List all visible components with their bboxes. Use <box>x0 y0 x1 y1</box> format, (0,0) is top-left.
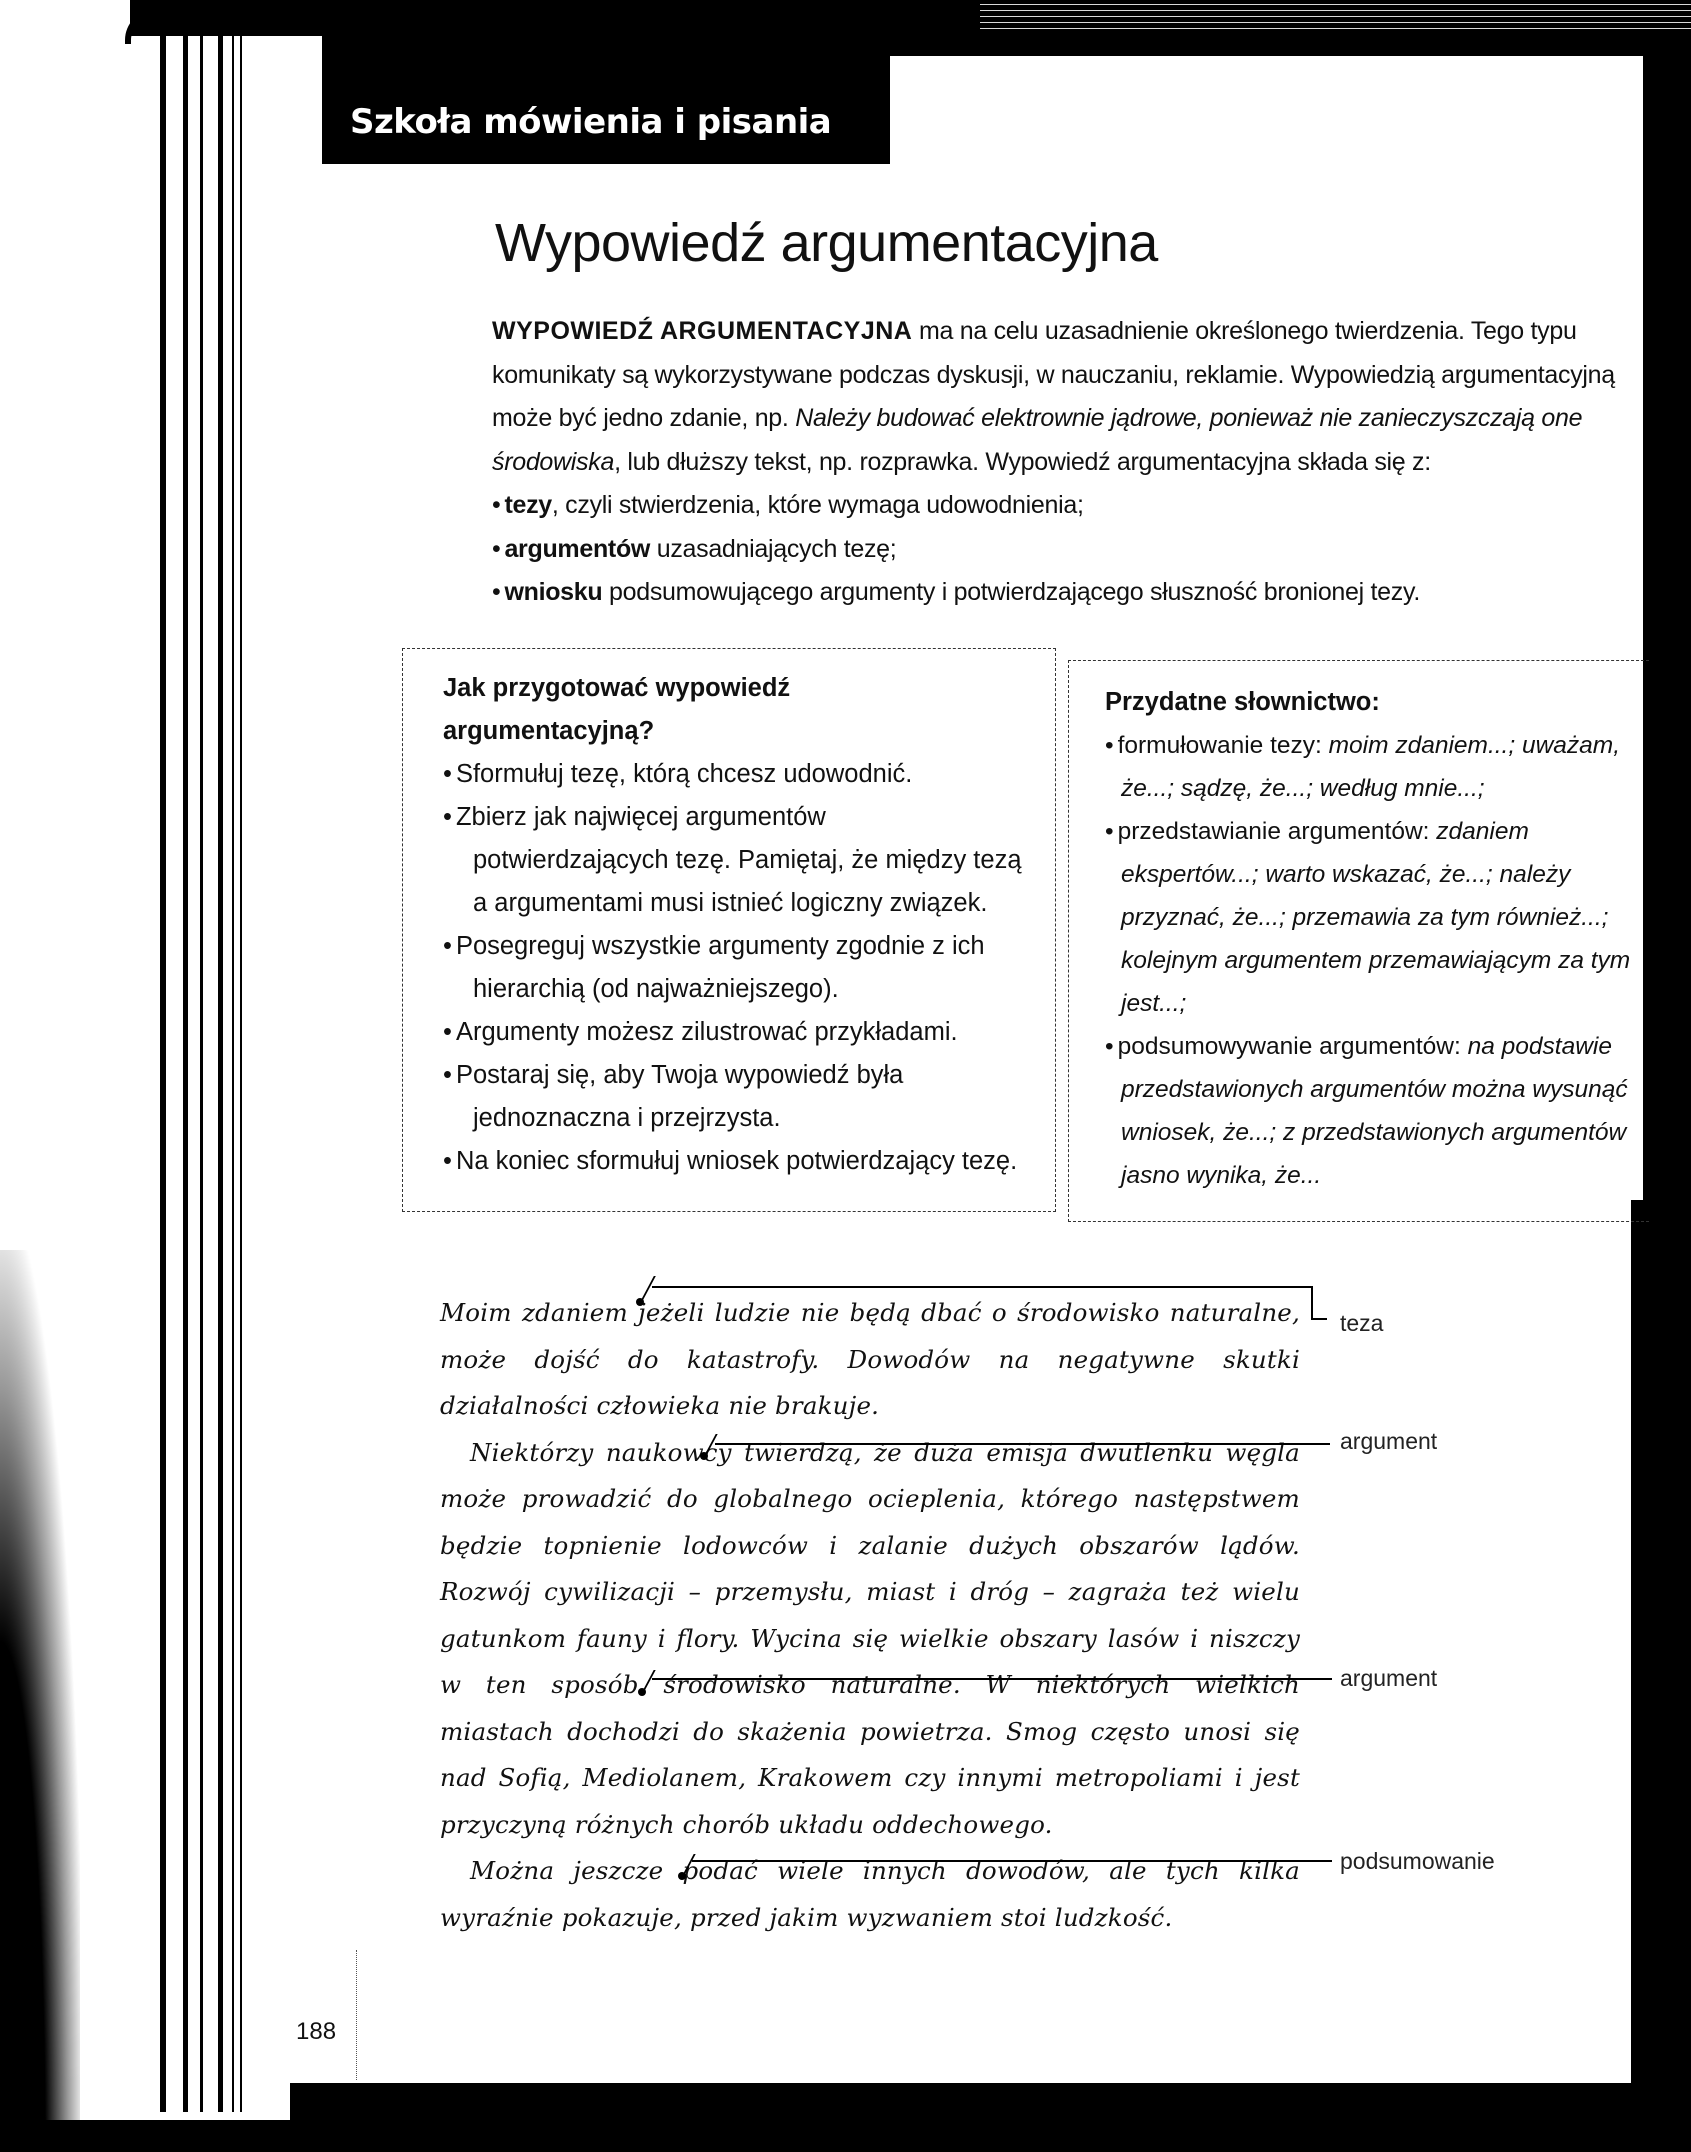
list-item: przedstawianie argumentów: zdaniem ekspe… <box>1105 810 1635 1025</box>
how-to-list: Sformułuj tezę, którą chcesz udowodnić. … <box>443 753 1023 1183</box>
vocabulary-heading: Przydatne słownictwo: <box>1105 681 1635 724</box>
intro-text: , lub dłuższy tekst, np. rozprawka. Wypo… <box>614 448 1431 476</box>
list-item: Postaraj się, aby Twoja wypowiedź byłaje… <box>443 1054 1023 1140</box>
list-item: argumentów uzasadniających tezę; <box>492 528 1662 572</box>
list-item: tezy, czyli stwierdzenia, które wymaga u… <box>492 484 1662 528</box>
page-title: Wypowiedź argumentacyjna <box>495 212 1158 274</box>
component-term: tezy <box>504 491 551 519</box>
intro-definition: WYPOWIEDŹ ARGUMENTACYJNA ma na celu uzas… <box>492 310 1662 484</box>
vocab-category: przedstawianie argumentów: <box>1118 818 1437 845</box>
book-spine-edge <box>218 30 223 2112</box>
section-label: Szkoła mówienia i pisania <box>350 102 831 142</box>
book-spine-edge <box>183 30 188 2112</box>
item-text-cont: jednoznaczna i przejrzysta. <box>459 1097 1023 1140</box>
annotation-argument: argument <box>1340 1428 1437 1455</box>
scan-border-top-lines <box>980 2 1691 30</box>
scan-shadow-left <box>0 1250 80 2152</box>
book-spine-edge <box>232 30 234 2112</box>
list-item: Sformułuj tezę, którą chcesz udowodnić. <box>443 753 1023 796</box>
list-item: wniosku podsumowującego argumenty i potw… <box>492 571 1662 615</box>
book-spine-edge <box>200 30 203 2112</box>
intro-lead-term: WYPOWIEDŹ ARGUMENTACYJNA <box>492 317 912 345</box>
component-desc: uzasadniających tezę; <box>650 535 896 563</box>
annotation-line <box>652 1678 1332 1680</box>
list-item: formułowanie tezy: moim zdaniem...; uważ… <box>1105 724 1635 810</box>
item-text: Postaraj się, aby Twoja wypowiedź była <box>456 1061 903 1089</box>
annotation-podsumowanie: podsumowanie <box>1340 1848 1495 1875</box>
item-text: Na koniec sformułuj wniosek potwierdzają… <box>456 1147 1017 1175</box>
vocabulary-box: Przydatne słownictwo: formułowanie tezy:… <box>1068 660 1649 1222</box>
vocab-phrases: zdaniem ekspertów...; warto wskazać, że.… <box>1121 818 1630 1017</box>
how-to-heading: Jak przygotować wypowiedźargumentacyjną? <box>443 667 1023 753</box>
item-text-cont: hierarchią (od najważniejszego). <box>459 968 1023 1011</box>
book-spine-edge <box>160 30 166 2112</box>
list-item: podsumowywanie argumentów: na podstawie … <box>1105 1025 1635 1197</box>
vocab-category: formułowanie tezy: <box>1118 732 1329 759</box>
component-term: argumentów <box>504 535 650 563</box>
item-text: Zbierz jak najwięcej argumentów <box>456 803 826 831</box>
component-desc: , czyli stwierdzenia, które wymaga udowo… <box>552 491 1084 519</box>
list-item: Argumenty możesz zilustrować przykładami… <box>443 1011 1023 1054</box>
book-spine-edge <box>240 30 242 2112</box>
example-paragraph: Moim zdaniem jeżeli ludzie nie będą dbać… <box>440 1290 1300 1430</box>
scan-border-bottom <box>290 2083 1691 2152</box>
margin-guide <box>356 1950 357 2080</box>
annotation-line <box>652 1286 1312 1288</box>
annotation-connector <box>1311 1286 1313 1320</box>
intro-paragraph: WYPOWIEDŹ ARGUMENTACYJNA ma na celu uzas… <box>492 310 1662 615</box>
component-desc: podsumowującego argumenty i potwierdzają… <box>602 578 1420 606</box>
page-number: 188 <box>296 2018 336 2046</box>
components-list: tezy, czyli stwierdzenia, które wymaga u… <box>492 484 1662 615</box>
component-term: wniosku <box>504 578 602 606</box>
annotation-line <box>692 1860 1332 1862</box>
annotation-argument: argument <box>1340 1665 1437 1692</box>
example-paragraph: Niektórzy naukowcy twierdzą, że duża emi… <box>440 1430 1300 1849</box>
vocabulary-list: formułowanie tezy: moim zdaniem...; uważ… <box>1105 724 1635 1197</box>
annotation-teza: teza <box>1340 1310 1383 1337</box>
item-text-cont: potwierdzających tezę. Pamiętaj, że międ… <box>459 839 1023 925</box>
scan-border-right-lower <box>1631 1200 1691 2152</box>
how-to-box: Jak przygotować wypowiedźargumentacyjną?… <box>402 648 1056 1212</box>
vocab-category: podsumowywanie argumentów: <box>1118 1033 1468 1060</box>
item-text: Posegreguj wszystkie argumenty zgodnie z… <box>456 932 985 960</box>
annotation-line <box>715 1443 1330 1445</box>
section-header-band: Szkoła mówienia i pisania <box>322 36 890 164</box>
annotation-line <box>1311 1318 1327 1320</box>
list-item: Zbierz jak najwięcej argumentówpotwierdz… <box>443 796 1023 925</box>
example-essay: Moim zdaniem jeżeli ludzie nie będą dbać… <box>440 1290 1300 1941</box>
heading-line: Jak przygotować wypowiedź <box>443 674 790 702</box>
item-text: Sformułuj tezę, którą chcesz udowodnić. <box>456 760 912 788</box>
list-item: Posegreguj wszystkie argumenty zgodnie z… <box>443 925 1023 1011</box>
item-text: Argumenty możesz zilustrować przykładami… <box>456 1018 958 1046</box>
list-item: Na koniec sformułuj wniosek potwierdzają… <box>443 1140 1023 1183</box>
scan-border-top-right <box>880 36 1691 56</box>
heading-line: argumentacyjną? <box>443 717 654 745</box>
